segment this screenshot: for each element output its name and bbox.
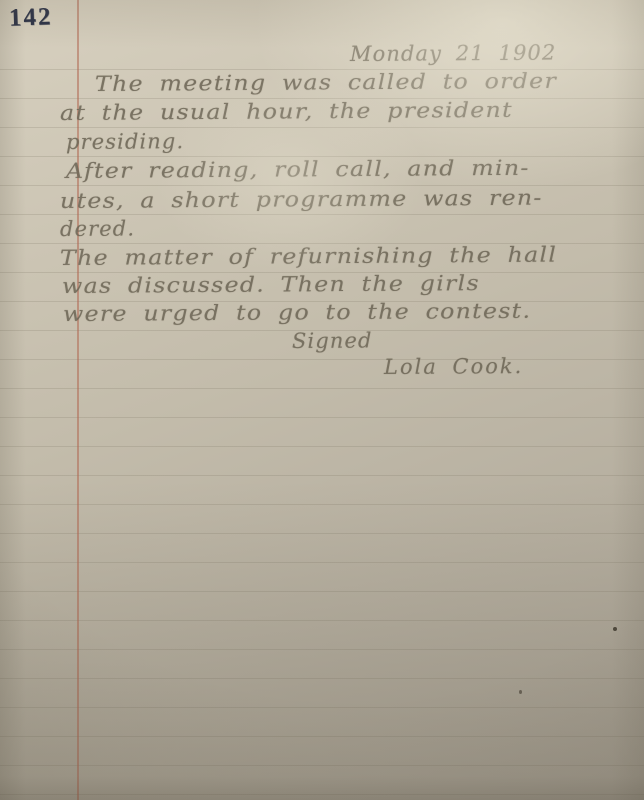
handwriting-line: at the usual hour, the president <box>60 98 513 125</box>
handwriting-line: dered. <box>60 216 135 241</box>
signature-label: Signed <box>292 328 373 353</box>
ink-speck <box>613 627 617 631</box>
ink-speck <box>519 690 522 694</box>
page-number: 142 <box>9 3 53 33</box>
handwriting-line: were urged to go to the contest. <box>63 299 531 326</box>
handwriting-line: The meeting was called to order <box>95 69 557 96</box>
handwriting-line: utes, a short programme was ren- <box>60 186 543 213</box>
handwriting-line: The matter of refurnishing the hall <box>60 243 557 270</box>
signature-name: Lola Cook. <box>384 354 523 379</box>
handwriting-line: was discussed. Then the girls <box>62 271 480 298</box>
ledger-page-scan: 142 Monday 21 1902 The meeting was calle… <box>0 0 644 800</box>
handwriting-line: presiding. <box>66 129 184 154</box>
date-line: Monday 21 1902 <box>350 41 557 66</box>
handwriting-line: After reading, roll call, and min- <box>66 156 530 183</box>
